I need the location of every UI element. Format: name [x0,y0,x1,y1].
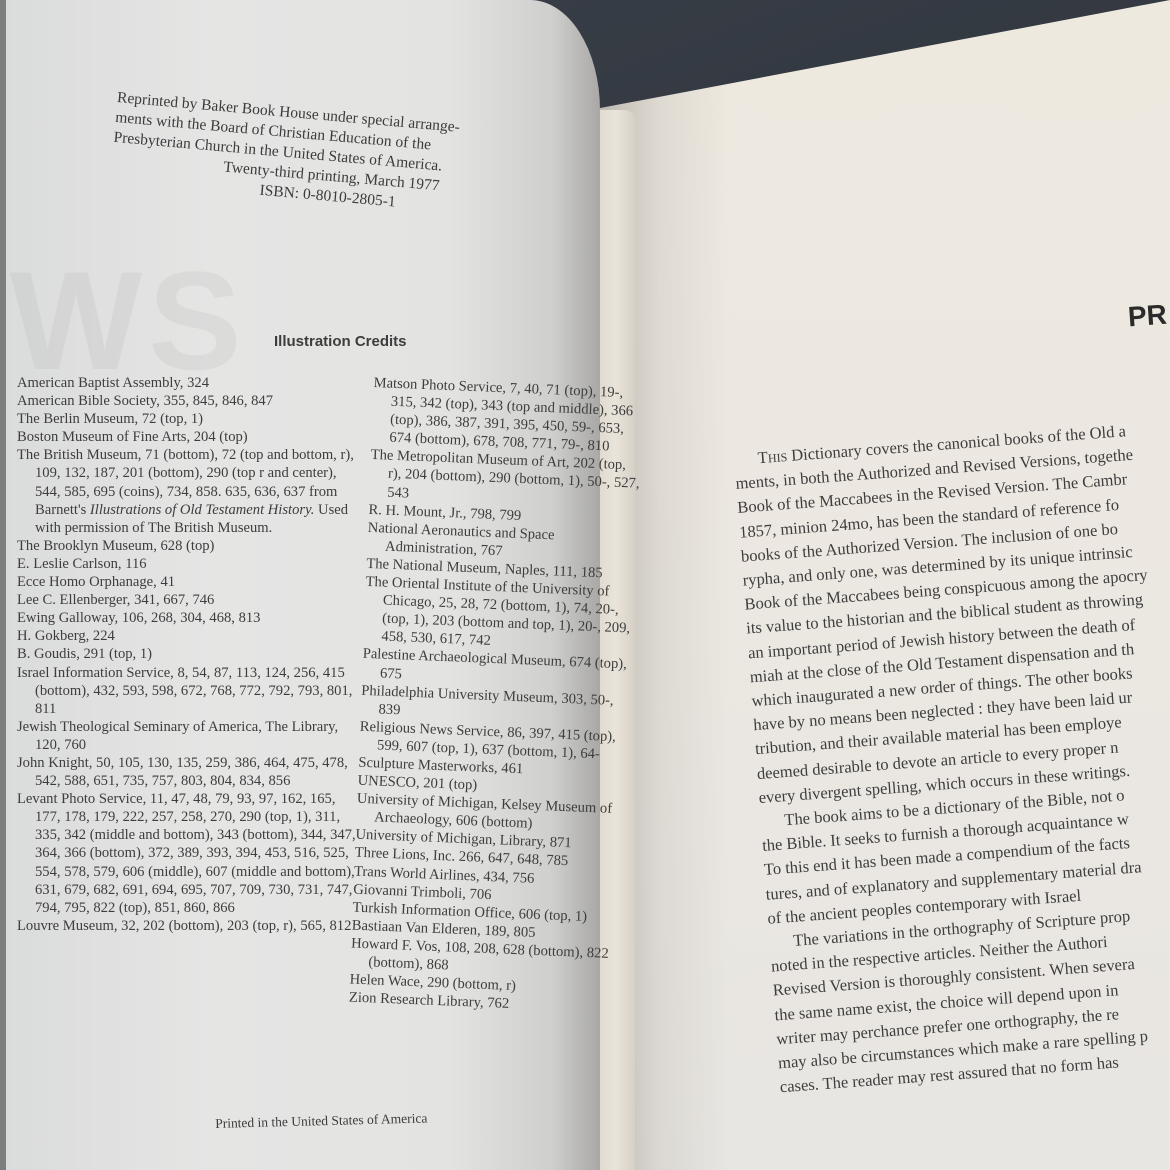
credit-entry: Boston Museum of Fine Arts, 204 (top) [17,428,362,446]
preface-text: This Dictionary covers the canonical boo… [733,410,1170,1100]
credits-column-right: Matson Photo Service, 7, 40, 71 (top), 1… [349,374,644,1018]
credit-entry: Matson Photo Service, 7, 40, 71 (top), 1… [371,374,644,457]
credit-entry: Ecce Homo Orphanage, 41 [17,573,362,591]
credit-entry: The Berlin Museum, 72 (top, 1) [17,410,362,428]
printed-in-footer: Printed in the United States of America [215,1110,428,1132]
left-page: WS Reprinted by Baker Book House under s… [0,0,600,1170]
credit-entry: American Bible Society, 355, 845, 846, 8… [17,392,362,410]
credit-entry: The Brooklyn Museum, 628 (top) [17,537,362,555]
credits-column-left: American Baptist Assembly, 324American B… [17,374,362,935]
credit-entry: H. Gokberg, 224 [17,627,362,645]
preface-heading: PR [1127,299,1168,334]
credit-entry: Jewish Theological Seminary of America, … [17,718,362,754]
credit-entry: Ewing Galloway, 106, 268, 304, 468, 813 [17,609,362,627]
drop-word: This [757,446,788,467]
imprint-block: Reprinted by Baker Book House under spec… [109,88,556,226]
credit-entry: Levant Photo Service, 11, 47, 48, 79, 93… [17,790,362,917]
credits-title: Illustration Credits [274,333,407,350]
credit-entry: The British Museum, 71 (bottom), 72 (top… [17,446,362,536]
credit-entry: Louvre Museum, 32, 202 (bottom), 203 (to… [17,917,362,935]
credit-entry: Israel Information Service, 8, 54, 87, 1… [17,664,362,718]
credit-entry: B. Goudis, 291 (top, 1) [17,645,362,663]
credit-entry: E. Leslie Carlson, 116 [17,555,362,573]
page-edge [0,0,6,1170]
preface-paragraph-1: This Dictionary covers the canonical boo… [733,410,1170,810]
credit-entry: The Oriental Institute of the University… [363,573,636,656]
credit-entry: John Knight, 50, 105, 130, 135, 259, 386… [17,754,362,790]
credit-entry: American Baptist Assembly, 324 [17,374,362,392]
credit-entry: Lee C. Ellenberger, 341, 667, 746 [17,591,362,609]
